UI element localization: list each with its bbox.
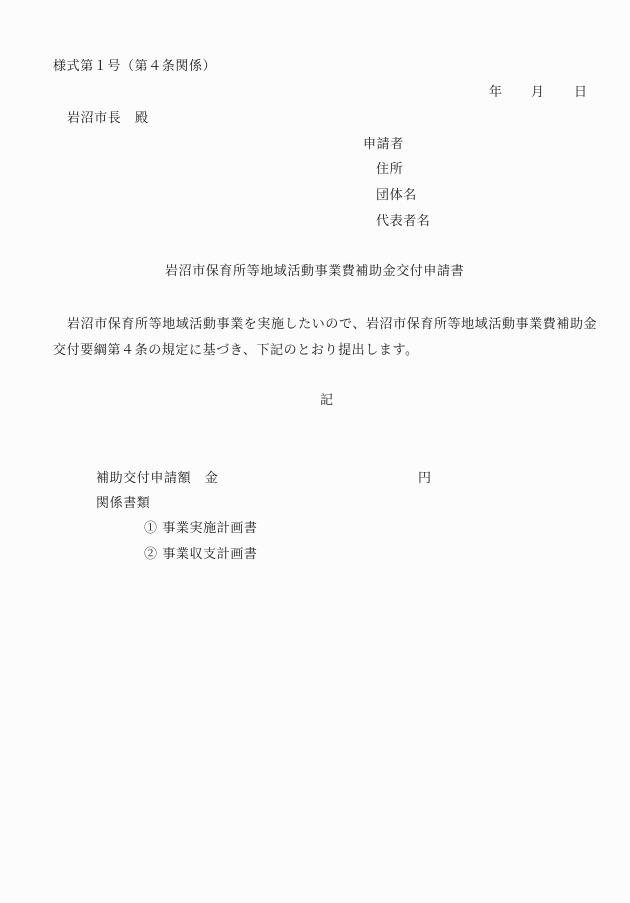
day-label: 日	[574, 86, 588, 99]
applicant-address-label: 住所	[376, 163, 403, 176]
addressee: 岩沼市長 殿	[67, 112, 149, 125]
related-docs-heading: 関係書類	[96, 497, 150, 510]
applicant-organization-label: 団体名	[376, 189, 417, 202]
related-doc-item: ① 事業実施計画書	[144, 522, 258, 535]
amount-unit: 円	[418, 472, 432, 485]
ki-heading: 記	[320, 394, 334, 407]
body-line-2: 交付要綱第４条の規定に基づき、下記のとおり提出します。	[53, 344, 419, 357]
related-doc-item: ② 事業収支計画書	[144, 548, 258, 561]
document-title: 岩沼市保育所等地域活動事業費補助金交付申請書	[165, 265, 464, 278]
amount-label: 補助交付申請額 金	[96, 472, 218, 485]
applicant-representative-label: 代表者名	[376, 215, 430, 228]
form-number: 様式第１号（第４条関係）	[53, 60, 216, 73]
applicant-heading: 申請者	[363, 138, 404, 151]
body-line-1: 岩沼市保育所等地域活動事業を実施したいので、岩沼市保育所等地域活動事業費補助金	[67, 318, 597, 331]
year-label: 年	[489, 86, 503, 99]
month-label: 月	[531, 86, 545, 99]
